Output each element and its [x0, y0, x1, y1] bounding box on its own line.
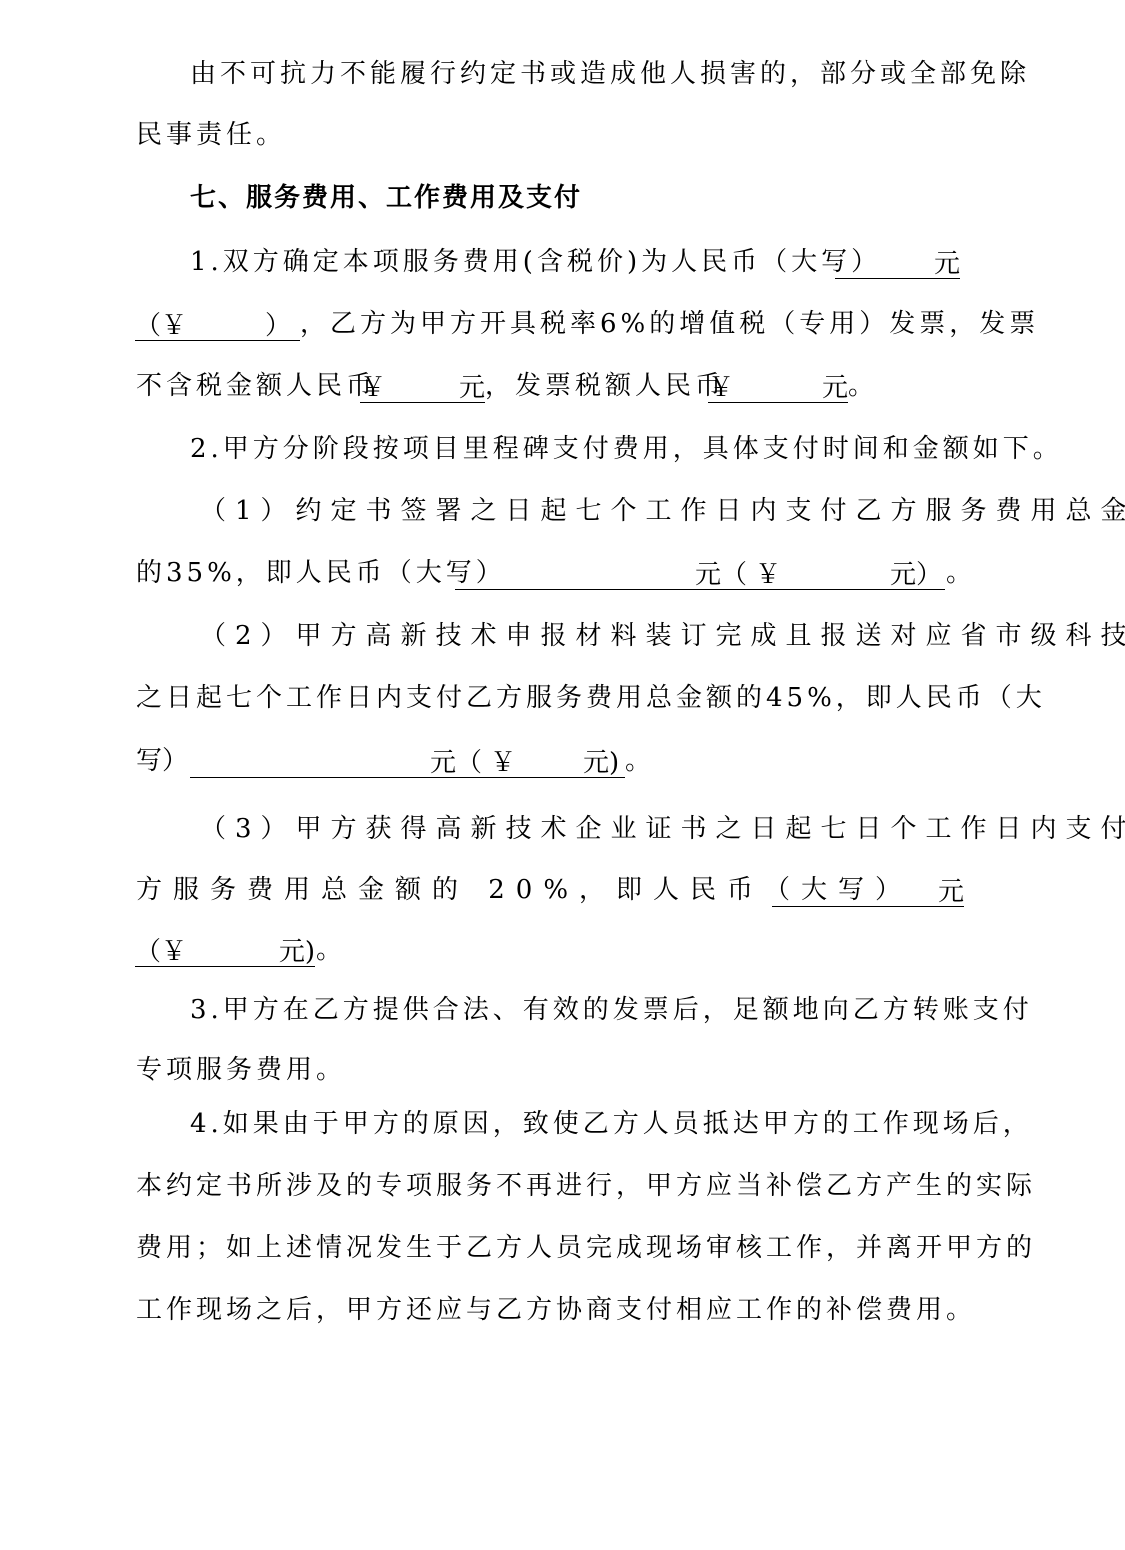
clause-4-line-1: 4.如果由于甲方的原因，致使乙方人员抵达甲方的工作现场后，	[190, 1107, 1033, 1141]
clause-1-tax-unit: 元	[822, 367, 848, 404]
clause-1-figure-text: （￥ ）	[135, 305, 291, 342]
yen-symbol: ￥	[755, 554, 781, 591]
clause-1-text: 1.双方确定本项服务费用(含税价)为人民币（大写）	[190, 247, 881, 277]
clause-2-item-3-amount-figure-blank[interactable]: （￥ 元)	[135, 936, 315, 967]
item-1-unit-2: 元）	[890, 554, 942, 591]
clause-2-item-1-amount-blank[interactable]: 元（ ￥ 元）	[455, 559, 945, 590]
item-3-unit-2: 元)	[279, 931, 315, 968]
yen-symbol: ￥	[360, 367, 386, 404]
clause-2-item-1-line-2-prefix: 的35%，即人民币（大写）	[136, 556, 506, 590]
clause-1-amount-words-blank[interactable]: 元	[835, 248, 960, 279]
clause-2-item-2-end: 。	[625, 744, 651, 778]
clause-2-item-1-end: 。	[946, 556, 972, 590]
item-2-unit-2: 元)	[583, 742, 619, 779]
clause-1-line-3-prefix: 不含税金额人民币	[136, 369, 376, 403]
force-majeure-line-2: 民事责任。	[136, 118, 286, 152]
clause-4-line-2: 本约定书所涉及的专项服务不再进行，甲方应当补偿乙方产生的实际	[136, 1169, 1036, 1203]
document-page: 由不可抗力不能履行约定书或造成他人损害的，部分或全部免除 民事责任。 七、服务费…	[0, 0, 1125, 1550]
clause-2-item-2-line-2: 之日起七个工作日内支付乙方服务费用总金额的45%，即人民币（大	[136, 681, 1046, 715]
clause-1-amount-figure-blank[interactable]: （￥ ）	[135, 310, 300, 341]
clause-2-item-3-amount-words-blank[interactable]: 元	[772, 876, 964, 907]
clause-1-tax-amount-blank[interactable]: ￥ 元	[708, 372, 848, 403]
yen-symbol: ￥	[490, 742, 516, 779]
clause-2-item-3-end: 。	[316, 933, 342, 967]
clause-1-untaxed-unit: 元	[459, 367, 485, 404]
force-majeure-line-1: 由不可抗力不能履行约定书或造成他人损害的，部分或全部免除	[190, 57, 1030, 91]
clause-3-line-1: 3.甲方在乙方提供合法、有效的发票后，足额地向乙方转账支付	[190, 993, 1033, 1027]
clause-2-intro: 2.甲方分阶段按项目里程碑支付费用，具体支付时间和金额如下。	[190, 432, 1063, 466]
clause-4-line-4: 工作现场之后，甲方还应与乙方协商支付相应工作的补偿费用。	[136, 1293, 976, 1327]
clause-4-line-3: 费用；如上述情况发生于乙方人员完成现场审核工作，并离开甲方的	[136, 1231, 1036, 1265]
clause-1-line-2: ，乙方为甲方开具税率6%的增值税（专用）发票，发票	[300, 307, 1039, 341]
clause-1-unit: 元	[934, 243, 960, 280]
yen-symbol: （￥	[135, 931, 187, 968]
clause-2-item-2-amount-blank[interactable]: 元（ ￥ 元)	[190, 747, 625, 778]
clause-1-line-1: 1.双方确定本项服务费用(含税价)为人民币（大写）	[190, 245, 881, 279]
item-2-unit-1: 元（	[430, 742, 482, 779]
section-heading: 七、服务费用、工作费用及支付	[190, 181, 582, 215]
item-1-unit-1: 元（	[695, 554, 747, 591]
clause-3-line-2: 专项服务费用。	[136, 1053, 346, 1087]
clause-2-item-1-line-1: （1）约定书签署之日起七个工作日内支付乙方服务费用总金额	[200, 494, 1125, 528]
clause-2-item-3-line-1: （3）甲方获得高新技术企业证书之日起七日个工作日内支付乙	[200, 812, 1125, 846]
clause-2-item-2-line-3-prefix: 写）	[136, 744, 188, 778]
item-3-unit-1: 元	[938, 871, 964, 908]
clause-1-untaxed-amount-blank[interactable]: ￥ 元	[360, 372, 485, 403]
clause-1-line-3-end: 。	[848, 369, 874, 403]
yen-symbol: ￥	[708, 367, 734, 404]
clause-2-item-2-line-1: （2）甲方高新技术申报材料装订完成且报送对应省市级科技局	[200, 619, 1125, 653]
clause-1-line-3-middle: ，发票税额人民币	[485, 369, 725, 403]
